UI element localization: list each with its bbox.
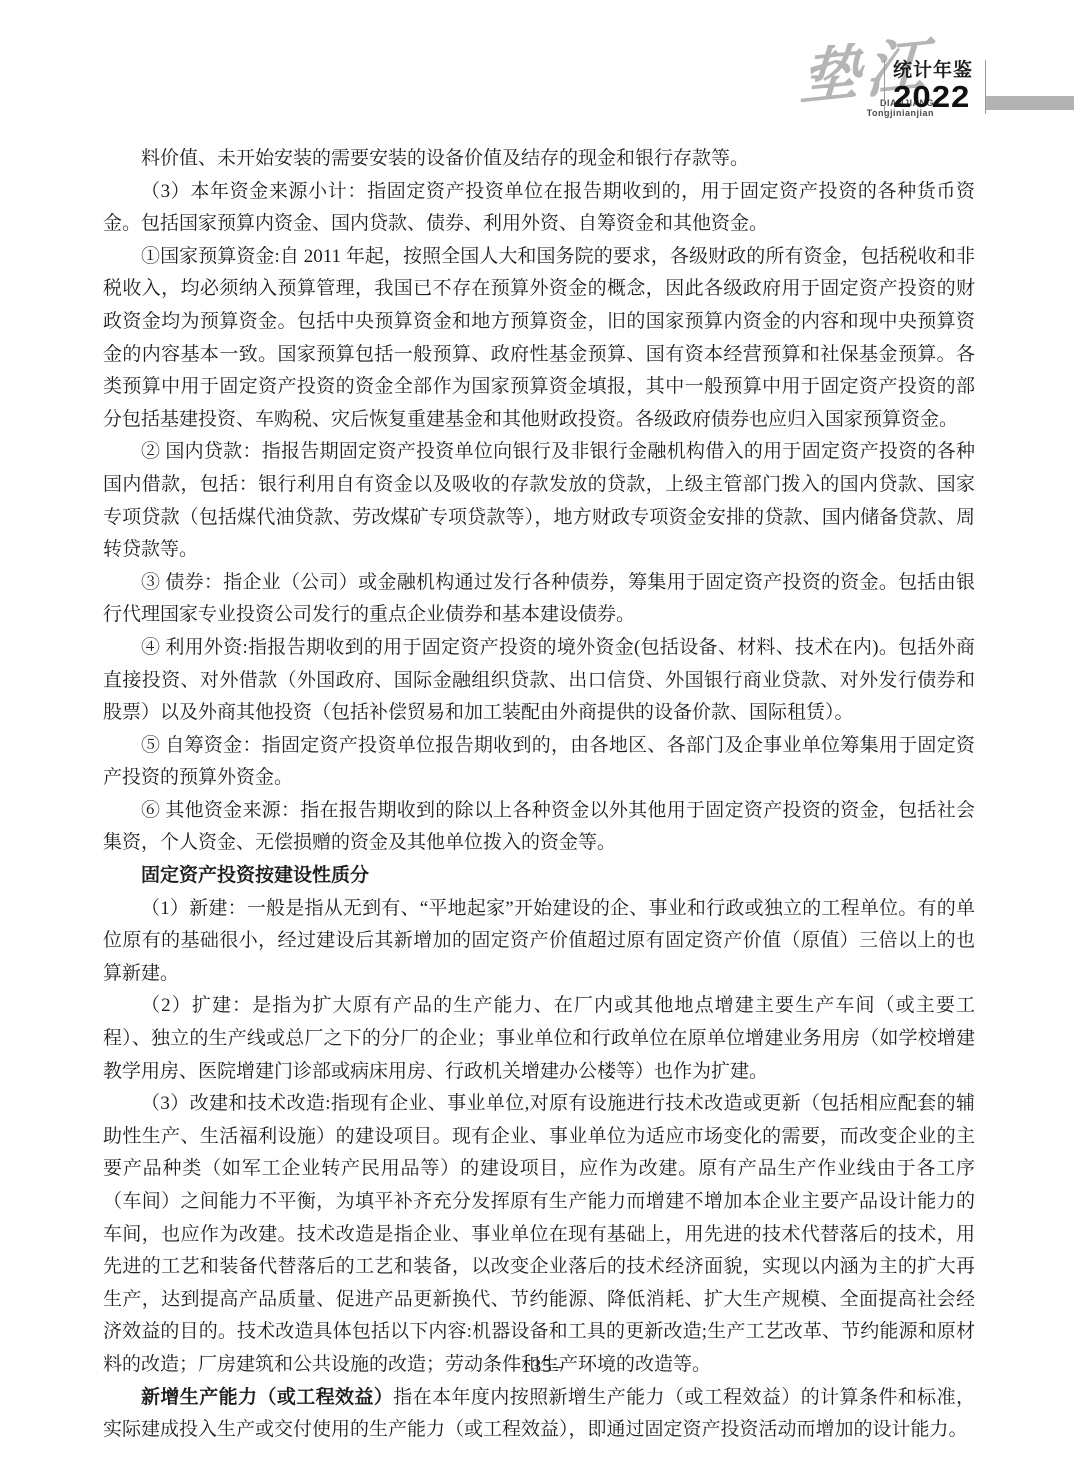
section-heading: 固定资产投资按建设性质分 xyxy=(103,860,975,893)
yearbook-logo: 垫江 DIANJIANG Tongjinianjian 统计年鉴 2022 xyxy=(0,40,1074,130)
paragraph: ⑥ 其他资金来源：指在报告期收到的除以上各种资金以外其他用于固定资产投资的资金，… xyxy=(103,795,975,860)
paragraph: ⑤ 自筹资金：指固定资产投资单位报告期收到的，由各地区、各部门及企事业单位筹集用… xyxy=(103,730,975,795)
page-number: –135– xyxy=(0,1356,1074,1378)
paragraph: 料价值、未开始安装的需要安装的设备价值及结存的现金和银行存款等。 xyxy=(103,143,975,176)
paragraph: ③ 债券：指企业（公司）或金融机构通过发行各种债券，筹集用于固定资产投资的资金。… xyxy=(103,567,975,632)
logo-accent-bar xyxy=(986,96,1074,110)
page: 垫江 DIANJIANG Tongjinianjian 统计年鉴 2022 料价… xyxy=(0,0,1074,1458)
bold-lead: 新增生产能力（或工程效益） xyxy=(141,1387,393,1408)
paragraph: ② 国内贷款：指报告期固定资产投资单位向银行及非银行金融机构借入的用于固定资产投… xyxy=(103,436,975,566)
paragraph: 新增生产能力（或工程效益）指在本年度内按照新增生产能力（或工程效益）的计算条件和… xyxy=(103,1382,975,1447)
paragraph: （3）改建和技术改造:指现有企业、事业单位,对原有设施进行技术改造或更新（包括相… xyxy=(103,1088,975,1381)
paragraph: （2）扩建：是指为扩大原有产品的生产能力、在厂内或其他地点增建主要生产车间（或主… xyxy=(103,990,975,1088)
logo-title-block: 统计年鉴 2022 xyxy=(884,60,986,114)
paragraph: （3）本年资金来源小计：指固定资产投资单位在报告期收到的，用于固定资产投资的各种… xyxy=(103,176,975,241)
paragraph: ④ 利用外资:指报告期收到的用于固定资产投资的境外资金(包括设备、材料、技术在内… xyxy=(103,632,975,730)
paragraph: （1）新建：一般是指从无到有、“平地起家”开始建设的企、事业和行政或独立的工程单… xyxy=(103,893,975,991)
paragraph: ①国家预算资金:自 2011 年起，按照全国人大和国务院的要求，各级财政的所有资… xyxy=(103,241,975,437)
document-body: 料价值、未开始安装的需要安装的设备价值及结存的现金和银行存款等。（3）本年资金来… xyxy=(103,143,975,1447)
logo-year: 2022 xyxy=(893,82,979,111)
